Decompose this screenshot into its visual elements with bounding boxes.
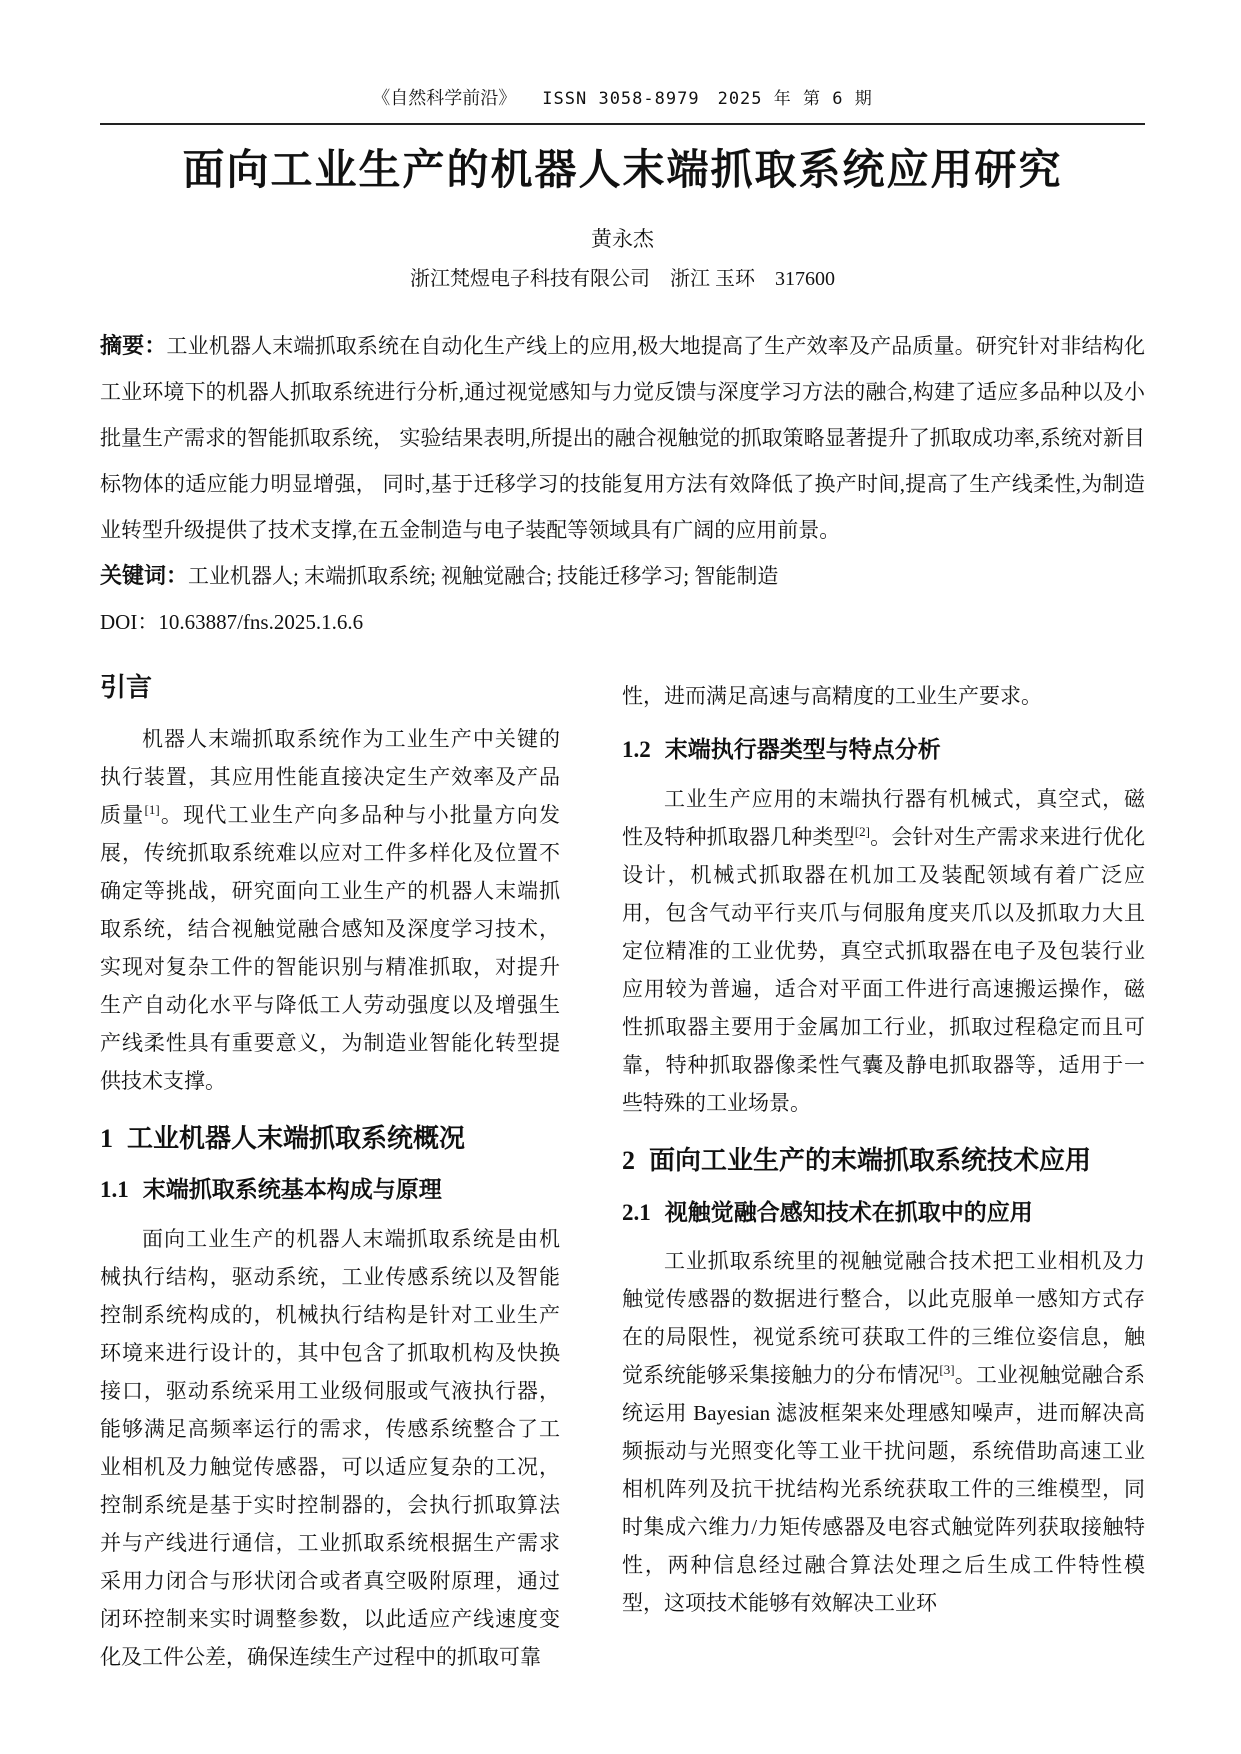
paper-page: 《自然科学前沿》ISSN 3058-89792025 年 第 6 期 面向工业生… xyxy=(0,0,1241,1754)
section-1-1-paragraph: 面向工业生产的机器人末端抓取系统是由机械执行结构，驱动系统，工业传感系统以及智能… xyxy=(100,1220,560,1676)
section-2-title: 面向工业生产的末端抓取系统技术应用 xyxy=(649,1145,1091,1175)
keywords-text: 工业机器人; 末端抓取系统; 视触觉融合; 技能迁移学习; 智能制造 xyxy=(188,564,778,588)
section-2-number: 2 xyxy=(622,1146,635,1175)
author-name: 黄永杰 xyxy=(100,223,1145,253)
doi-line: DOI：10.63887/fns.2025.1.6.6 xyxy=(100,599,1145,645)
section-1-1-number: 1.1 xyxy=(100,1177,129,1202)
section-1-heading: 1工业机器人末端抓取系统概况 xyxy=(100,1122,560,1156)
abstract-paragraph: 摘要：工业机器人末端抓取系统在自动化生产线上的应用,极大地提高了生产效率及产品质… xyxy=(100,323,1145,553)
intro-heading: 引言 xyxy=(100,671,560,704)
left-column: 引言 机器人末端抓取系统作为工业生产中关键的执行装置，其应用性能直接决定生产效率… xyxy=(100,669,560,1676)
abstract-label: 摘要： xyxy=(100,333,166,358)
keywords-label: 关键词： xyxy=(100,563,188,588)
intro-paragraph: 机器人末端抓取系统作为工业生产中关键的执行装置，其应用性能直接决定生产效率及产品… xyxy=(100,720,560,1100)
doi-label: DOI： xyxy=(100,610,158,634)
doi-value: 10.63887/fns.2025.1.6.6 xyxy=(158,610,363,634)
keywords-paragraph: 关键词：工业机器人; 末端抓取系统; 视触觉融合; 技能迁移学习; 智能制造 xyxy=(100,553,1145,599)
section-1-1-title: 末端抓取系统基本构成与原理 xyxy=(143,1176,442,1202)
affiliation: 浙江梵煜电子科技有限公司 浙江 玉环 317600 xyxy=(100,262,1145,291)
section-1-2-heading: 1.2末端执行器类型与特点分析 xyxy=(622,735,1145,765)
section-2-1-title: 视触觉融合感知技术在抓取中的应用 xyxy=(665,1199,1033,1225)
journal-issue: 2025 年 第 6 期 xyxy=(718,89,873,109)
abstract-block: 摘要：工业机器人末端抓取系统在自动化生产线上的应用,极大地提高了生产效率及产品质… xyxy=(100,323,1145,645)
section-1-1-continuation: 性，进而满足高速与高精度的工业生产要求。 xyxy=(622,677,1145,715)
two-column-body: 引言 机器人末端抓取系统作为工业生产中关键的执行装置，其应用性能直接决定生产效率… xyxy=(100,669,1145,1676)
paper-title: 面向工业生产的机器人末端抓取系统应用研究 xyxy=(100,145,1145,195)
section-2-1-paragraph: 工业抓取系统里的视触觉融合技术把工业相机及力触觉传感器的数据进行整合，以此克服单… xyxy=(622,1242,1145,1622)
journal-header: 《自然科学前沿》ISSN 3058-89792025 年 第 6 期 xyxy=(100,84,1145,125)
section-2-1-number: 2.1 xyxy=(622,1200,651,1225)
journal-issn: ISSN 3058-8979 xyxy=(542,89,699,109)
abstract-text: 工业机器人末端抓取系统在自动化生产线上的应用,极大地提高了生产效率及产品质量。研… xyxy=(100,334,1145,542)
section-1-number: 1 xyxy=(100,1124,113,1153)
section-2-heading: 2面向工业生产的末端抓取系统技术应用 xyxy=(622,1144,1145,1178)
section-1-2-paragraph: 工业生产应用的末端执行器有机械式，真空式，磁性及特种抓取器几种类型[2]。会针对… xyxy=(622,780,1145,1122)
journal-name: 《自然科学前沿》 xyxy=(372,88,516,108)
section-2-1-heading: 2.1视触觉融合感知技术在抓取中的应用 xyxy=(622,1198,1145,1228)
section-1-1-heading: 1.1末端抓取系统基本构成与原理 xyxy=(100,1175,560,1205)
section-1-2-number: 1.2 xyxy=(622,737,651,762)
right-column: 性，进而满足高速与高精度的工业生产要求。 1.2末端执行器类型与特点分析 工业生… xyxy=(622,669,1145,1676)
section-1-title: 工业机器人末端抓取系统概况 xyxy=(127,1123,465,1153)
section-1-2-title: 末端执行器类型与特点分析 xyxy=(665,736,941,762)
